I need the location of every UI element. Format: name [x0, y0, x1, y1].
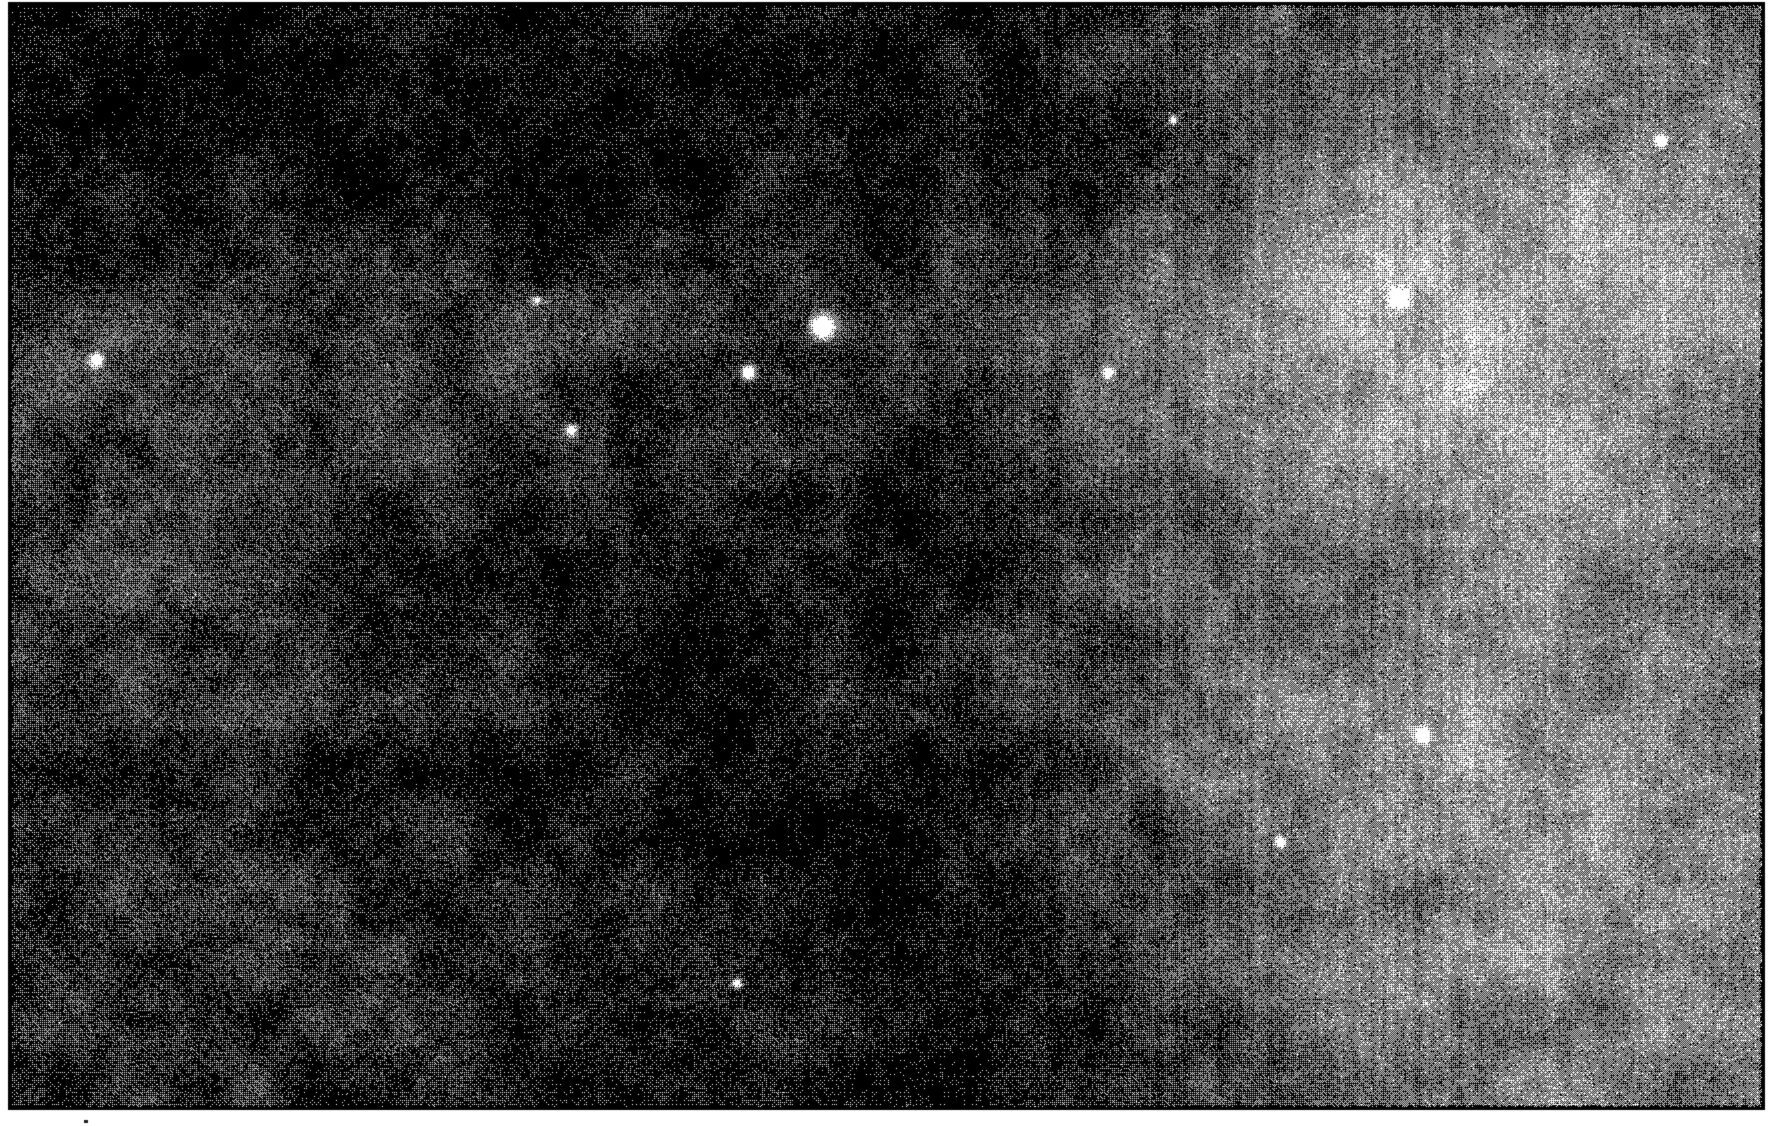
scanned-page: [0, 0, 1772, 1126]
photo-canvas: [0, 0, 1772, 1126]
